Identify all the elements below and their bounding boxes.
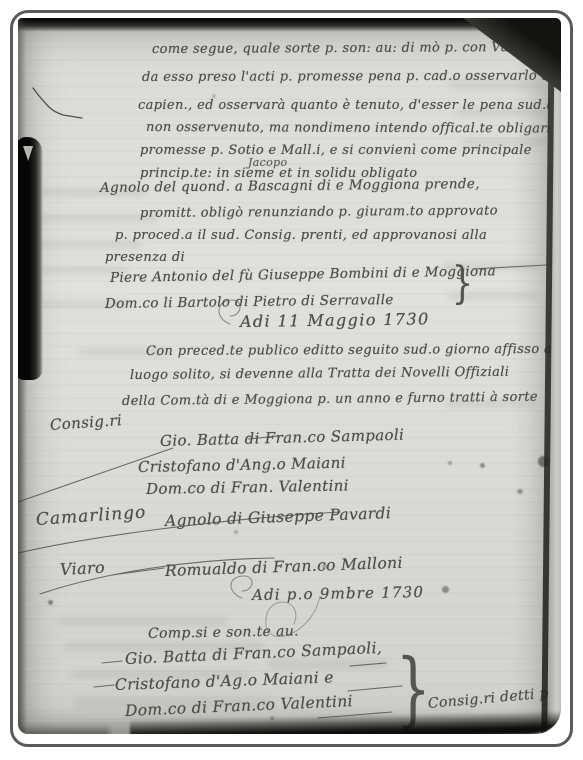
witness-line: Dom.co li Bartolo di Pietro di Serravall…	[105, 292, 394, 312]
binding-gutter-shadow	[18, 18, 26, 144]
ink-spot	[234, 530, 238, 534]
body-line: Agnolo del quond. a Bascagni di e Moggio…	[100, 176, 480, 196]
ink-spot	[480, 463, 485, 468]
body-line: Con preced.te publico editto seguito sud…	[146, 342, 557, 359]
witness-brace: }	[452, 258, 473, 309]
viaro-name: Romualdo di Fran.co Malloni	[165, 554, 403, 580]
date-line-second: Adi p.o 9mbre 1730	[252, 583, 424, 604]
camarlingo-name: Agnolo di Giuseppe Pavardi	[165, 504, 392, 530]
binding-gutter-shadow	[18, 370, 27, 734]
scanned-document-page: come segue, quale sorte p. son: au: di m…	[0, 0, 583, 760]
body-line: non osservenuto, ma nondimeno intendo of…	[146, 120, 559, 136]
consigliere-name: Dom.co di Fran. Valentini	[146, 476, 349, 498]
ink-spot	[517, 489, 523, 494]
margin-label-viaro: Viaro	[60, 558, 106, 579]
photo-bottom-left-shade	[18, 724, 109, 734]
body-line: promitt. obligò renunziando p. giuram.to…	[140, 204, 498, 221]
page-crack	[33, 88, 82, 118]
witness-line: Piere Antonio del fù Giuseppe Bombini di…	[110, 263, 496, 286]
ink-spot	[448, 461, 452, 465]
consigliere-name: Gio. Batta di Fran.co Sampaoli	[160, 426, 405, 450]
consigliere-name: Cristofano d'Ang.o Maiani	[138, 454, 346, 476]
binding-clip	[18, 137, 43, 380]
binding-clip-highlight	[23, 146, 33, 161]
margin-label-consiglieri: Consig.ri	[49, 411, 122, 434]
interlinear-insertion: Jacopo	[248, 156, 288, 169]
body-line: promesse p. Sotio e Mall.i, e si convien…	[140, 143, 532, 158]
body-line: da esso preso l'acti p. promesse pena p.…	[142, 69, 558, 85]
bleed-through	[28, 214, 158, 223]
closing-signature: Consig.ri detti p.	[427, 685, 554, 712]
margin-label-camarlingo: Camarlingo	[35, 502, 147, 530]
manuscript-photo: come segue, quale sorte p. son: au: di m…	[18, 18, 561, 734]
body-line: luogo solito, si devenne alla Tratta dei…	[130, 365, 509, 383]
body-line: p. proced.a il sud. Consig. prenti, ed a…	[115, 228, 487, 243]
body-line: presenza di	[105, 250, 185, 265]
ink-spot	[48, 600, 53, 605]
ink-spot	[442, 586, 449, 593]
body-line: capien., ed osservarà quanto è tenuto, d…	[138, 98, 555, 113]
date-line-first: Adi 11 Maggio 1730	[240, 309, 430, 331]
closing-heading: Comp.si e son.te au.	[148, 623, 299, 642]
